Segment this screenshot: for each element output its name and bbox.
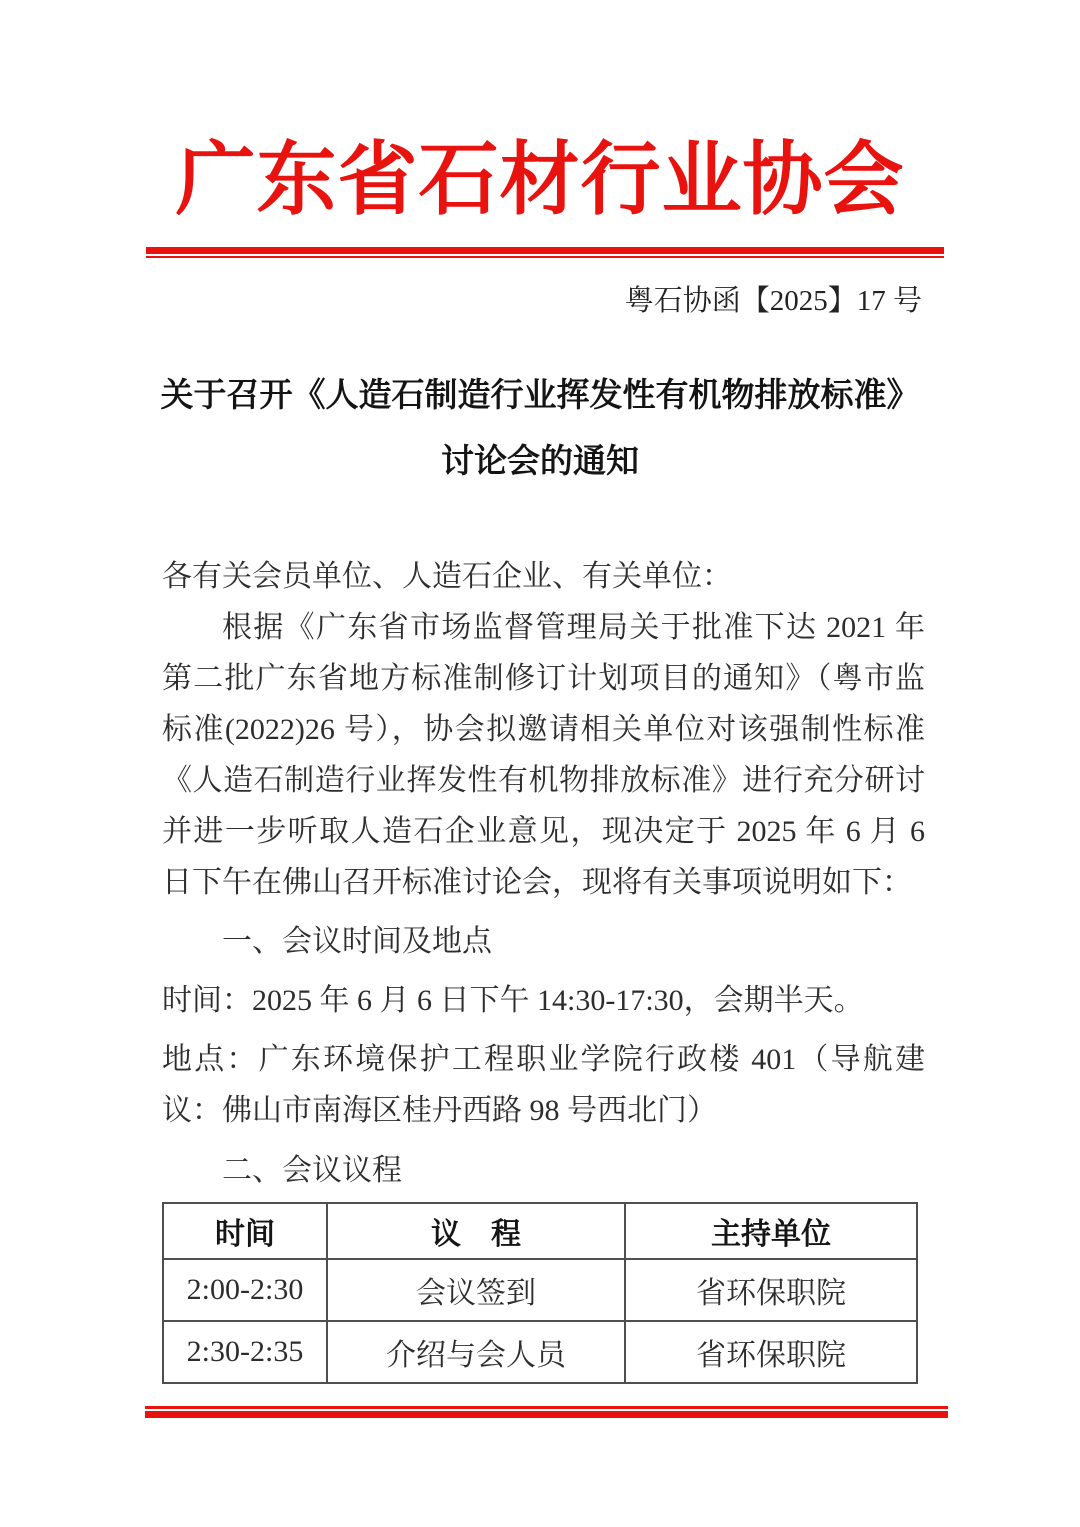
footer-double-rule [145, 1406, 948, 1418]
notice-body: 各有关会员单位、人造石企业、有关单位： 根据《广东省市场监督管理局关于批准下达 … [162, 551, 925, 1196]
agenda-header-time: 时间 [163, 1203, 327, 1259]
agenda-header-agenda: 议 程 [327, 1203, 625, 1259]
table-row: 2:00-2:30 会议签到 省环保职院 [163, 1259, 917, 1321]
notice-title-line1: 关于召开《人造石制造行业挥发性有机物排放标准》 [0, 376, 1080, 416]
notice-title-line2: 讨论会的通知 [0, 442, 1080, 482]
agenda-row2-agenda: 介绍与会人员 [327, 1321, 625, 1383]
intro-paragraph: 根据《广东省市场监督管理局关于批准下达 2021 年第二批广东省地方标准制修订计… [162, 602, 925, 908]
meeting-location-line: 地点：广东环境保护工程职业学院行政楼 401（导航建议：佛山市南海区桂丹西路 9… [162, 1034, 925, 1136]
document-number: 粤石协函【2025】17 号 [625, 278, 922, 319]
section2-heading: 二、会议议程 [162, 1145, 925, 1196]
footer-rule-thick [145, 1411, 948, 1418]
section1-heading: 一、会议时间及地点 [162, 916, 925, 967]
agenda-row2-host: 省环保职院 [625, 1321, 917, 1383]
salutation-line: 各有关会员单位、人造石企业、有关单位： [162, 551, 925, 602]
agenda-row1-agenda: 会议签到 [327, 1259, 625, 1321]
notice-title: 关于召开《人造石制造行业挥发性有机物排放标准》 讨论会的通知 [0, 376, 1080, 482]
agenda-header-row: 时间 议 程 主持单位 [163, 1203, 917, 1259]
agenda-row2-time: 2:30-2:35 [163, 1321, 327, 1383]
meeting-time-line: 时间：2025 年 6 月 6 日下午 14:30-17:30，会期半天。 [162, 975, 925, 1026]
notice-document: 广东省石材行业协会 粤石协函【2025】17 号 关于召开《人造石制造行业挥发性… [0, 0, 1080, 1527]
letterhead-org-title: 广东省石材行业协会 [0, 122, 1080, 240]
table-row: 2:30-2:35 介绍与会人员 省环保职院 [163, 1321, 917, 1383]
agenda-header-host: 主持单位 [625, 1203, 917, 1259]
letterhead-rule-thick [146, 247, 944, 254]
letterhead-rule-thin [146, 256, 944, 258]
letterhead-double-rule [146, 247, 944, 258]
agenda-table: 时间 议 程 主持单位 2:00-2:30 会议签到 省环保职院 2:30-2:… [162, 1202, 918, 1384]
agenda-row1-time: 2:00-2:30 [163, 1259, 327, 1321]
agenda-row1-host: 省环保职院 [625, 1259, 917, 1321]
